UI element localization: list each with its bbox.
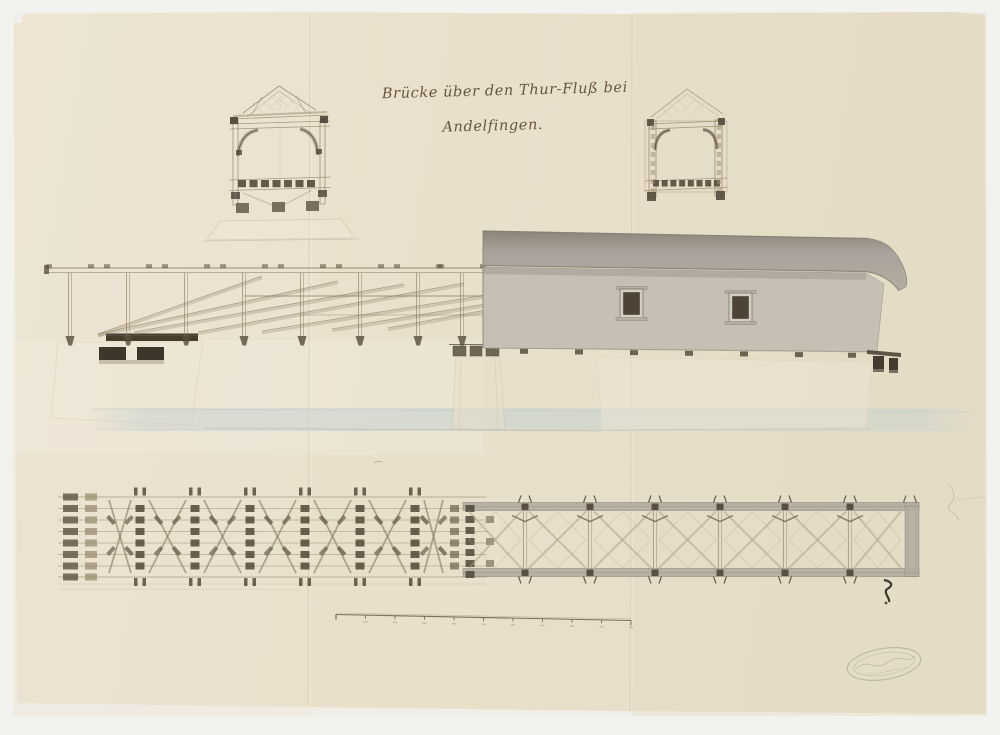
window-1 [616,287,647,321]
scanned-drawing-scan: Brücke über den Thur-Fluß bei Andelfinge… [0,0,1000,735]
title-block: Brücke über den Thur-Fluß bei Andelfinge… [381,80,629,137]
drawing-title-line2: Andelfingen. [440,117,543,136]
side-wall [483,267,884,352]
window-2 [725,291,756,325]
right-bank [597,357,872,430]
center-pier [449,345,506,430]
bridge-drawing: Brücke über den Thur-Fluß bei Andelfinge… [0,0,1000,735]
drawing-title-line1: Brücke über den Thur-Fluß bei [381,80,628,102]
